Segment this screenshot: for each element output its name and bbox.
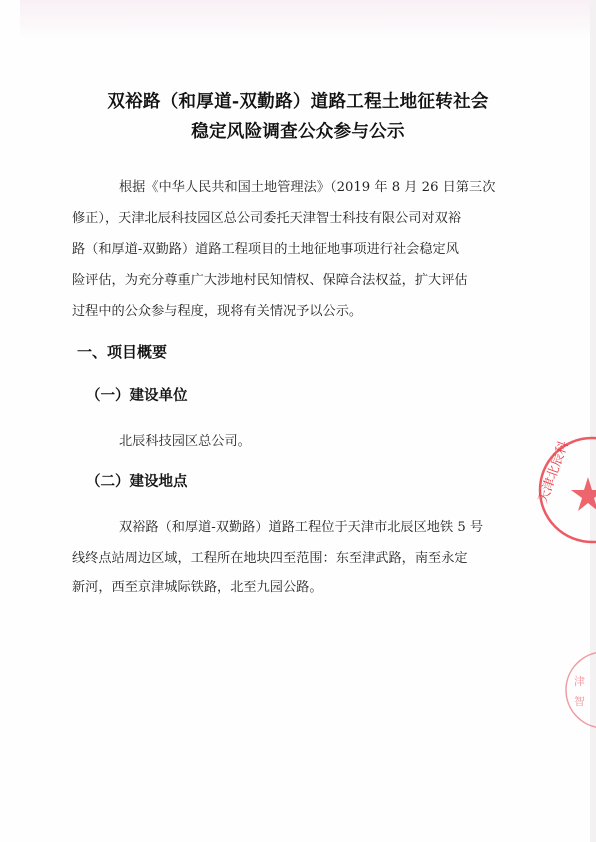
location-line-2: 线终点站周边区域，工程所在地块四至范围：东至津武路，南至永定 bbox=[72, 547, 468, 566]
location-line-3: 新河，西至京津城际铁路，北至九园公路。 bbox=[72, 576, 323, 595]
subsection-heading-builder: （一）建设单位 bbox=[86, 384, 188, 405]
scan-tint bbox=[20, 0, 596, 40]
svg-text:津: 津 bbox=[574, 674, 585, 688]
svg-text:天津北辰科: 天津北辰科 bbox=[535, 439, 572, 506]
section-heading-overview: 一、项目概要 bbox=[77, 341, 167, 362]
intro-line-3: 路（和厚道-双勤路）道路工程项目的土地征地事项进行社会稳定风 bbox=[72, 238, 459, 257]
document-title-line1: 双裕路（和厚道-双勤路）道路工程土地征转社会 bbox=[0, 88, 596, 113]
builder-text: 北辰科技园区总公司。 bbox=[119, 430, 251, 449]
intro-line-1: 根据《中华人民共和国土地管理法》（2019 年 8 月 26 日第三次 bbox=[119, 176, 495, 195]
svg-text:智: 智 bbox=[574, 694, 585, 708]
document-title-line2: 稳定风险调查公众参与公示 bbox=[0, 118, 596, 143]
partner-seal-stamp: 津 智 bbox=[560, 645, 596, 745]
intro-line-2: 修正），天津北辰科技园区总公司委托天津智士科技有限公司对双裕 bbox=[72, 207, 461, 226]
subsection-heading-location: （二）建设地点 bbox=[86, 470, 188, 491]
intro-line-5: 过程中的公众参与程度，现将有关情况予以公示。 bbox=[72, 300, 362, 319]
document-page: 双裕路（和厚道-双勤路）道路工程土地征转社会 稳定风险调查公众参与公示 根据《中… bbox=[0, 0, 596, 842]
intro-line-4: 险评估，为充分尊重广大涉地村民知情权、保障合法权益，扩大评估 bbox=[72, 269, 468, 288]
company-seal-stamp: 天津北辰科 bbox=[532, 432, 596, 548]
location-line-1: 双裕路（和厚道-双勤路）道路工程位于天津市北辰区地铁 5 号 bbox=[119, 516, 483, 535]
